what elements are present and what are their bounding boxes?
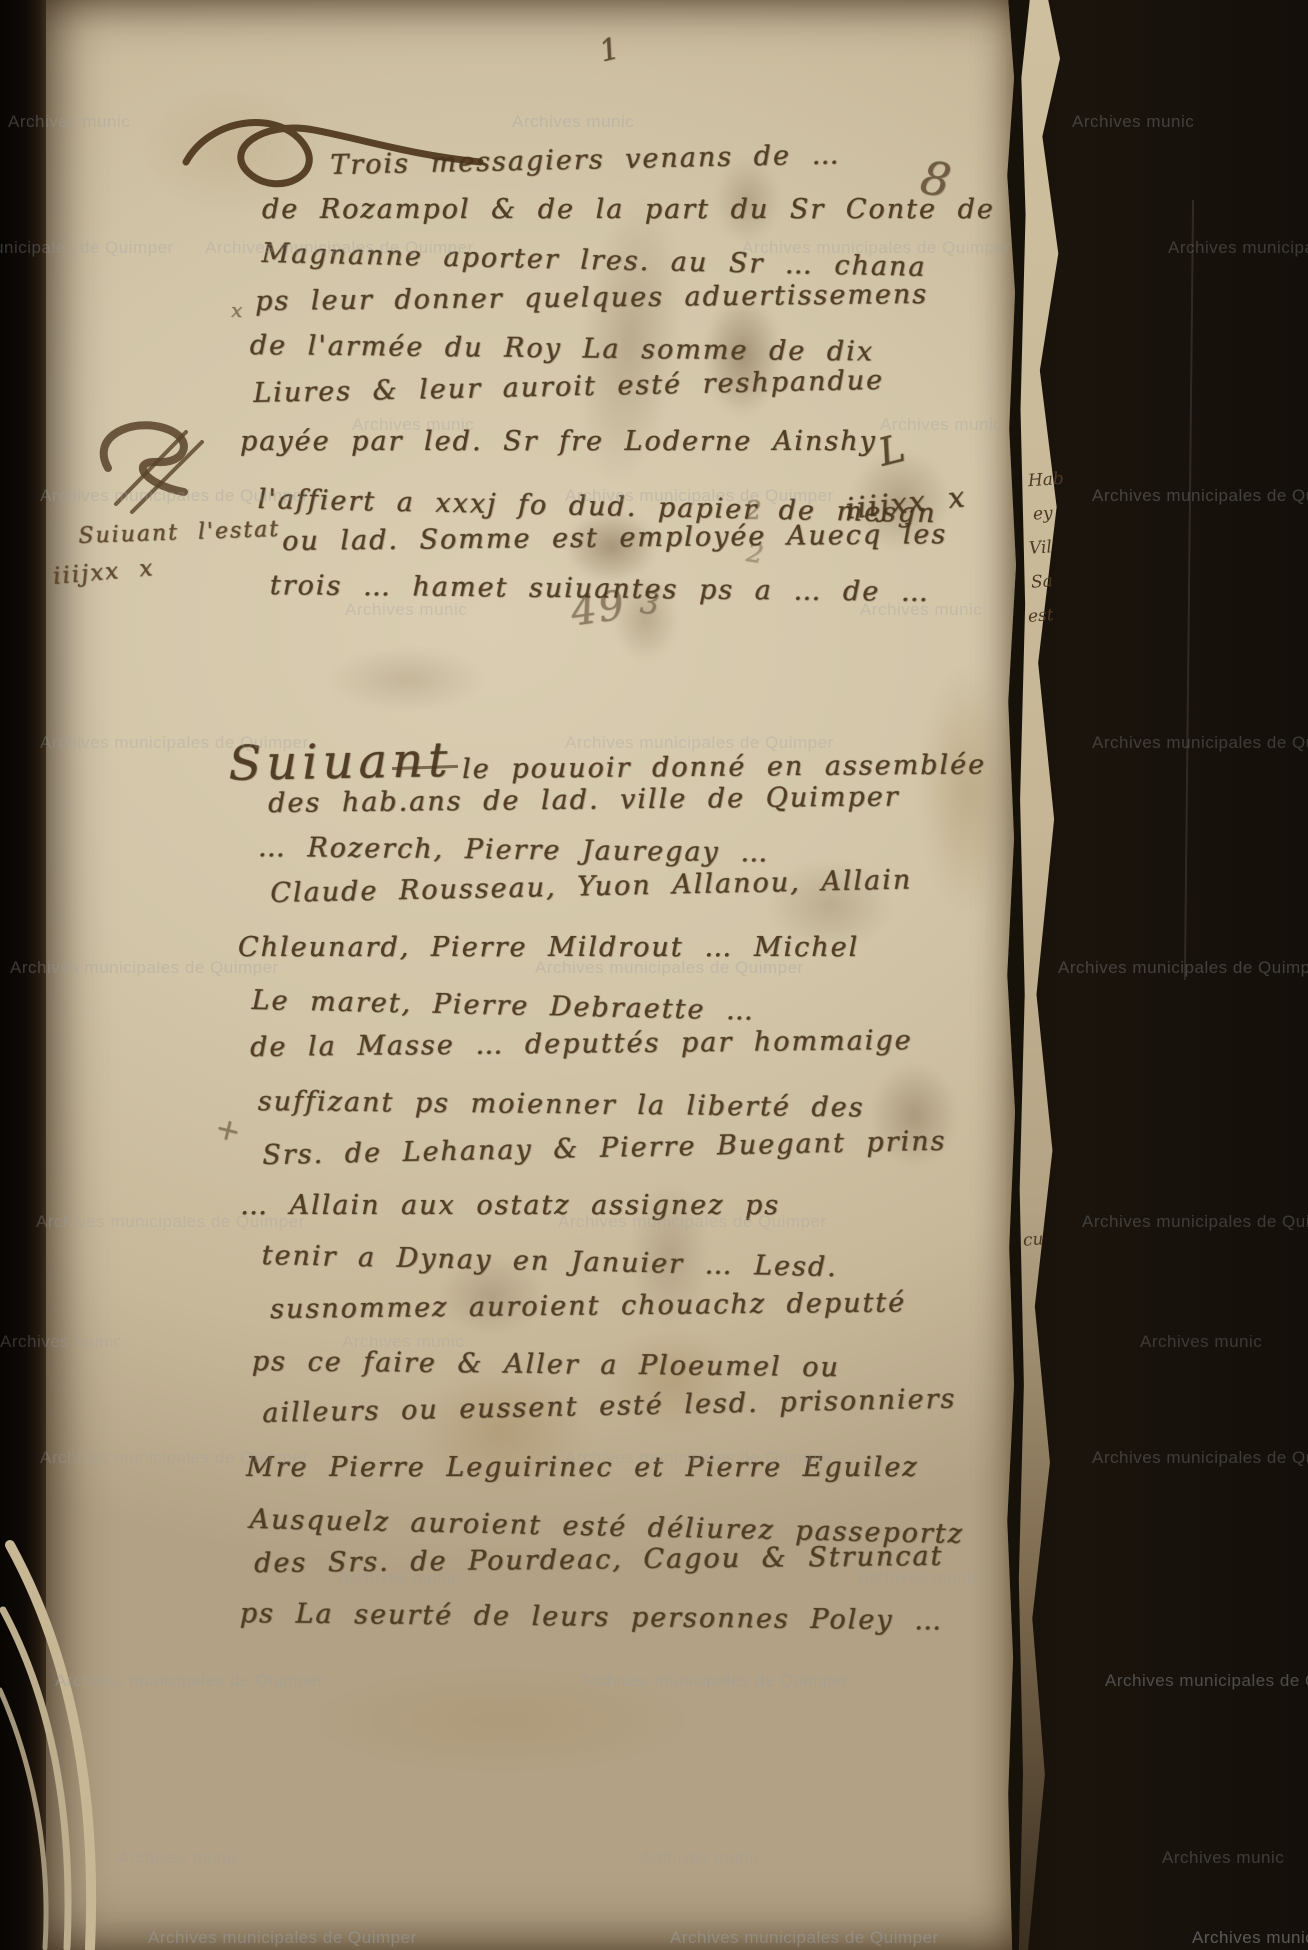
page-number-mark: 1: [596, 31, 625, 70]
handwritten-line: ailleurs ou eussent esté lesd. prisonnie…: [262, 1383, 957, 1429]
paragraph-2-heading: Suiuant: [228, 732, 453, 792]
scanned-manuscript: HabeyVilSaestcu 1 Trois messagiers venan…: [0, 0, 1308, 1950]
ink-mark: 2: [745, 496, 764, 526]
handwritten-line: ps ce faire & Aller a Ploeumel ou: [252, 1346, 840, 1383]
ink-mark: 2: [744, 538, 767, 571]
archive-watermark: Archives municipales de Quimper: [1092, 486, 1308, 506]
handwritten-line: suffizant ps moienner la liberté des: [258, 1086, 865, 1123]
handwritten-line: Mre Pierre Leguirinec et Pierre Eguilez: [246, 1452, 919, 1483]
archive-watermark: Archives municipales de Quimper: [1092, 733, 1308, 753]
ink-mark: x: [231, 298, 244, 322]
page-edge-hairline: [1184, 200, 1194, 980]
facing-page-fragment: Sa: [1030, 571, 1053, 592]
facing-page-edge: [1018, 0, 1060, 1950]
margin-note-line1: Suiuant l'estat: [78, 517, 281, 549]
margin-note-line2: iiijxx x: [52, 555, 155, 590]
handwritten-line: des Srs. de Pourdeac, Cagou & Struncat: [254, 1541, 944, 1579]
paragraph-2-heading-rest: le pouuoir donné en assemblée: [462, 749, 986, 785]
ink-smudge: [688, 268, 798, 443]
ink-smudge: [700, 138, 795, 263]
ink-layer: 1 Trois messagiers venans de …de Rozampo…: [0, 0, 1308, 1950]
handwritten-line: Srs. de Lehanay & Pierre Buegant prins: [262, 1126, 947, 1171]
handwritten-line: susnommez auroient chouachz deputté: [270, 1287, 906, 1325]
archive-watermark: Archives municipales de Quimper: [1092, 1448, 1308, 1468]
handwritten-line: … Rozerch, Pierre Jauregay …: [258, 832, 770, 868]
ink-smudge: [612, 1150, 727, 1360]
ink-smudge: [414, 1238, 569, 1353]
archive-watermark: Archives munic: [1140, 1332, 1262, 1352]
archive-watermark: Archives municipales de Quimper: [1082, 1212, 1308, 1232]
margin-paraph: [86, 412, 226, 517]
handwritten-line: ps La seurté de leurs personnes Poley …: [240, 1598, 944, 1636]
ink-mark: +: [212, 1110, 247, 1151]
ink-smudge: [598, 556, 693, 681]
ink-smudge: [852, 1040, 977, 1190]
handwritten-line: des hab.ans de lad. ville de Quimper: [268, 781, 900, 819]
ink-smudge: [740, 840, 920, 970]
facing-page-fragment: Hab: [1027, 469, 1064, 491]
handwritten-line: de la Masse … deputtés par hommaige: [250, 1025, 913, 1063]
facing-page-fragment: cu: [1022, 1229, 1044, 1250]
archive-watermark: Archives municipales de Quimper: [1168, 238, 1308, 258]
archive-watermark: Archives municipales de Quimper: [1192, 1928, 1308, 1948]
ink-smudge: [292, 632, 522, 727]
handwritten-line: Le maret, Pierre Debraette …: [251, 985, 755, 1027]
facing-page-fragment: Vil: [1028, 537, 1052, 559]
facing-page-fragment: ey: [1032, 503, 1053, 524]
archive-watermark: Archives munic: [1072, 112, 1194, 132]
archive-watermark: Archives municipales de Quimper: [1105, 1671, 1308, 1691]
ink-smudge: [828, 428, 973, 573]
facing-page-fragment: est: [1027, 605, 1054, 627]
archive-watermark: Archives munic: [1162, 1848, 1284, 1868]
